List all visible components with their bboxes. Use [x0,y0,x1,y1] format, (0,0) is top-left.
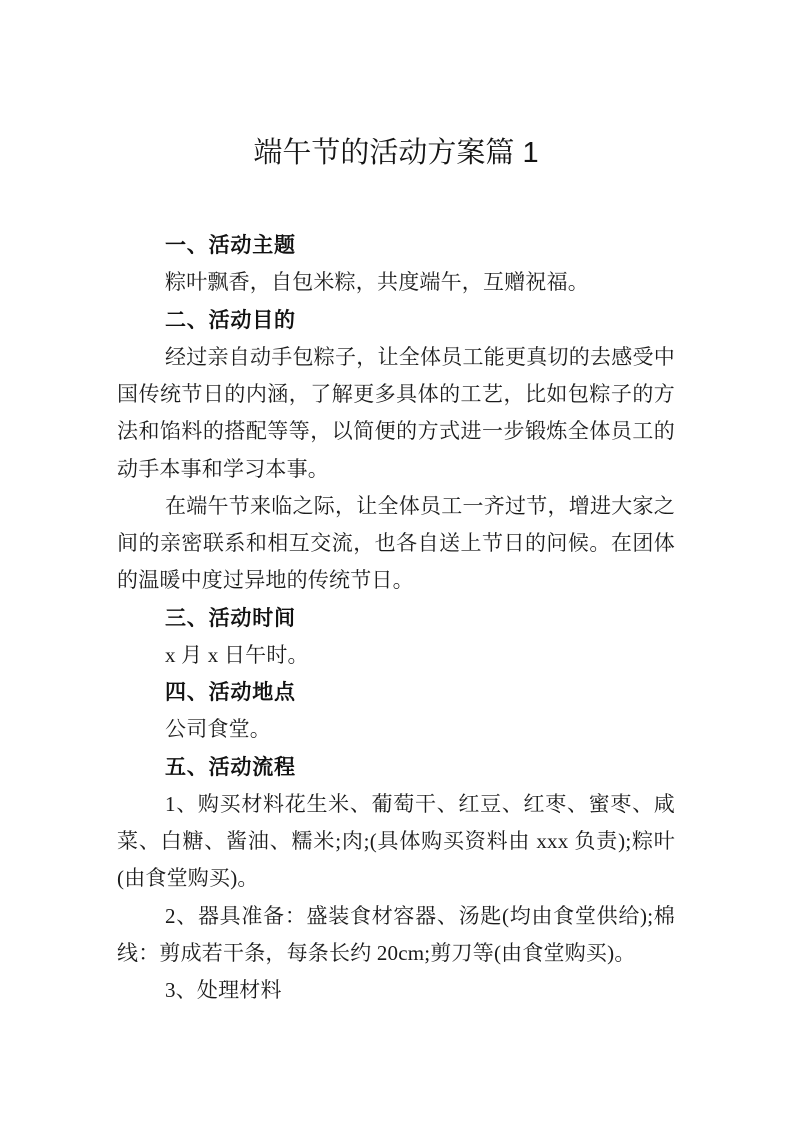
paragraph-activity-theme: 粽叶飘香，自包米粽，共度端午，互赠祝福。 [117,264,675,301]
paragraph-activity-time: x 月 x 日午时。 [117,637,675,674]
document-page: 端午节的活动方案篇 1 一、活动主题 粽叶飘香，自包米粽，共度端午，互赠祝福。 … [0,0,793,1122]
paragraph-process-step-2: 2、器具准备：盛装食材容器、汤匙(均由食堂供给);棉线：剪成若干条，每条长约 2… [117,898,675,973]
paragraph-activity-location: 公司食堂。 [117,711,675,748]
paragraph-process-step-3: 3、处理材料 [117,972,675,1009]
section-heading-activity-time: 三、活动时间 [117,600,675,637]
section-heading-activity-process: 五、活动流程 [117,749,675,786]
paragraph-activity-purpose-2: 在端午节来临之际，让全体员工一齐过节，增进大家之间的亲密联系和相互交流，也各自送… [117,488,675,600]
section-heading-activity-location: 四、活动地点 [117,674,675,711]
section-heading-activity-theme: 一、活动主题 [117,227,675,264]
section-heading-activity-purpose: 二、活动目的 [117,302,675,339]
paragraph-process-step-1: 1、购买材料花生米、葡萄干、红豆、红枣、蜜枣、咸菜、白糖、酱油、糯米;肉;(具体… [117,786,675,898]
document-title: 端午节的活动方案篇 1 [117,136,675,170]
paragraph-activity-purpose-1: 经过亲自动手包粽子，让全体员工能更真切的去感受中国传统节日的内涵，了解更多具体的… [117,339,675,488]
document-body: 一、活动主题 粽叶飘香，自包米粽，共度端午，互赠祝福。 二、活动目的 经过亲自动… [117,227,675,1009]
